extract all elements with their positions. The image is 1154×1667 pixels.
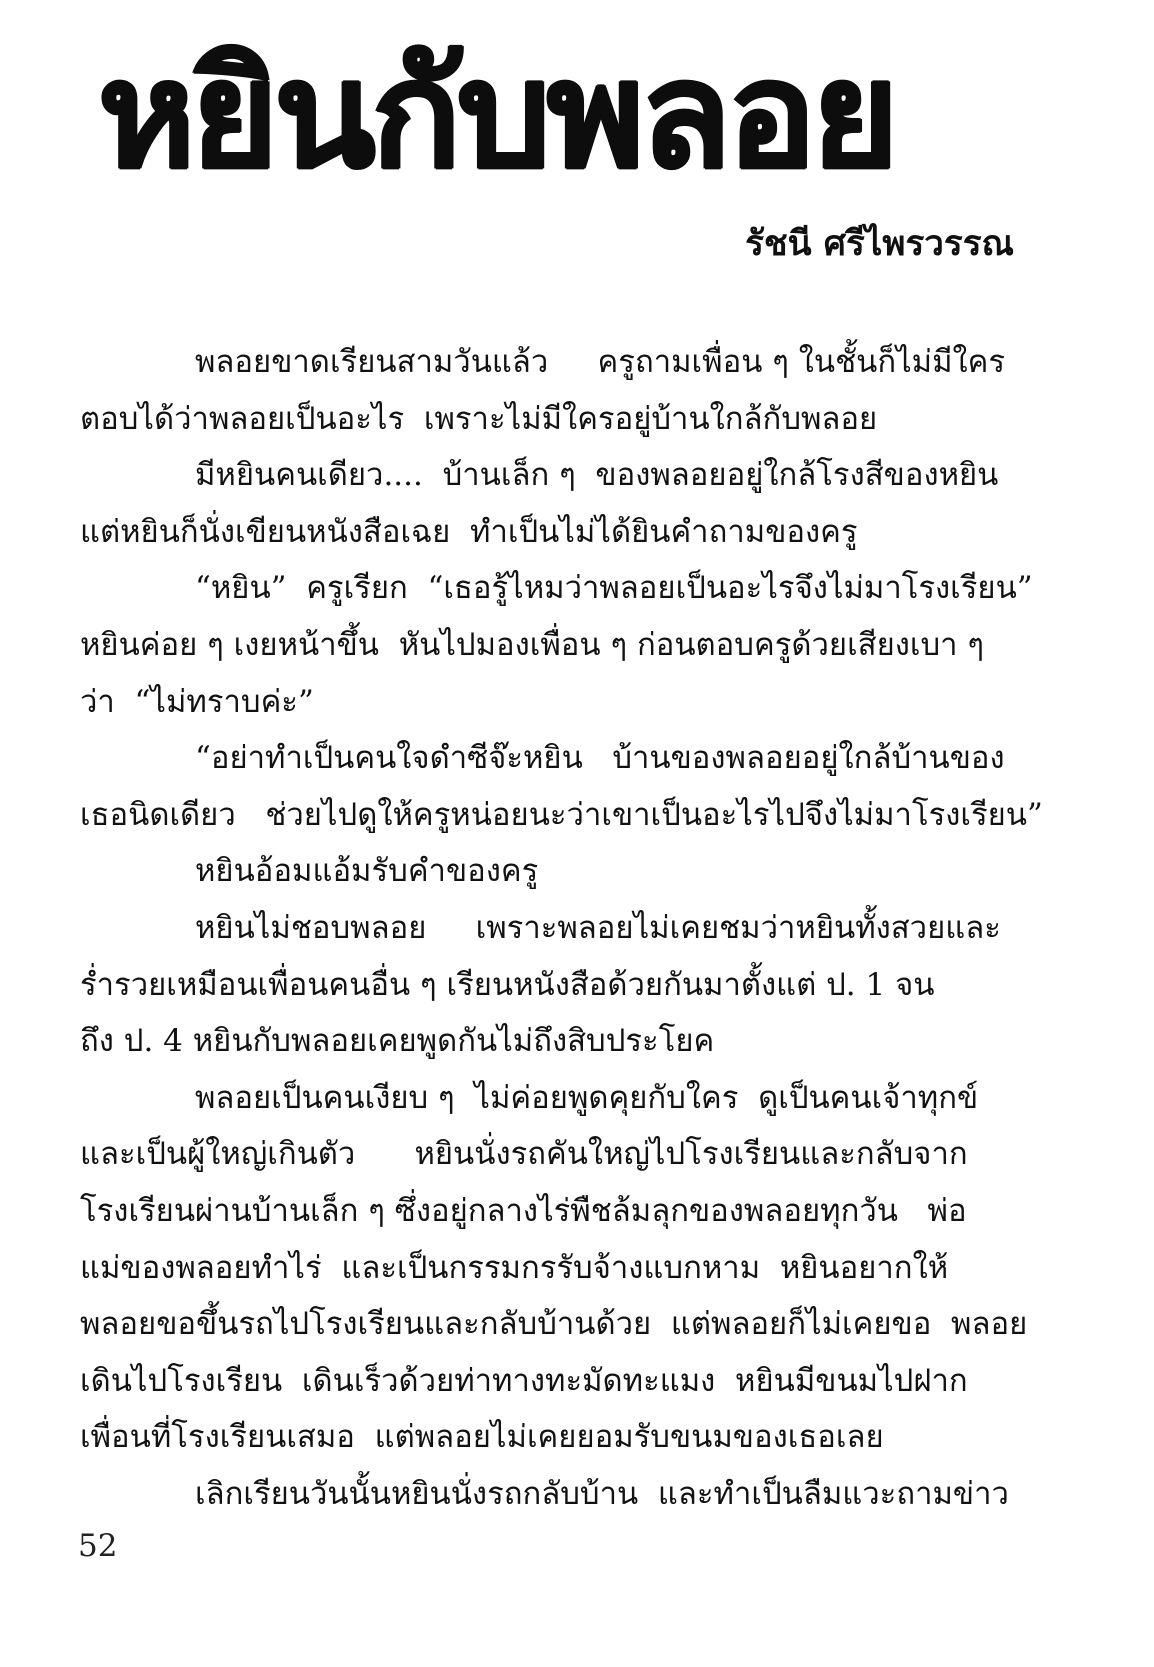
text-line: หยินค่อย ๆ เงยหน้าขึ้น หันไปมองเพื่อน ๆ …	[80, 617, 1010, 674]
author-name: รัชนี ศรีไพรวรรณ	[745, 216, 1014, 271]
text-line: หยินไม่ชอบพลอย เพราะพลอยไม่เคยชมว่าหยินท…	[80, 900, 1010, 957]
text-line: เดินไปโรงเรียน เดินเร็วด้วยท่าทางทะมัดทะ…	[80, 1353, 1010, 1410]
text-line: มีหยินคนเดียว.... บ้านเล็ก ๆ ของพลอยอยู่…	[80, 447, 1010, 504]
text-line: เพื่อนที่โรงเรียนเสมอ แต่พลอยไม่เคยยอมรั…	[80, 1409, 1010, 1466]
text-line: ว่า “ไม่ทราบค่ะ”	[80, 674, 1010, 731]
text-line: และเป็นผู้ใหญ่เกินตัว หยินนั่งรถคันใหญ่ไ…	[80, 1126, 1010, 1183]
page-title: หยินกับพลอย	[98, 30, 1058, 200]
text-line: แต่หยินก็นั่งเขียนหนังสือเฉย ทำเป็นไม่ได…	[80, 504, 1010, 561]
text-line: พลอยขาดเรียนสามวันแล้ว ครูถามเพื่อน ๆ ใน…	[80, 334, 1010, 391]
text-line: เลิกเรียนวันนั้นหยินนั่งรถกลับบ้าน และทำ…	[80, 1466, 1010, 1523]
page-number: 52	[78, 1528, 117, 1564]
text-line: ร่ำรวยเหมือนเพื่อนคนอื่น ๆ เรียนหนังสือด…	[80, 957, 1010, 1014]
text-line: “อย่าทำเป็นคนใจดำซีจ๊ะหยิน บ้านของพลอยอย…	[80, 730, 1010, 787]
text-line: ถึง ป. 4 หยินกับพลอยเคยพูดกันไม่ถึงสิบปร…	[80, 1013, 1010, 1070]
text-line: โรงเรียนผ่านบ้านเล็ก ๆ ซึ่งอยู่กลางไร่พื…	[80, 1183, 1010, 1240]
text-line: แม่ของพลอยทำไร่ และเป็นกรรมกรรับจ้างแบกห…	[80, 1240, 1010, 1297]
text-line: “หยิน” ครูเรียก “เธอรู้ไหมว่าพลอยเป็นอะไ…	[80, 560, 1010, 617]
text-line: พลอยขอขึ้นรถไปโรงเรียนและกลับบ้านด้วย แต…	[80, 1296, 1010, 1353]
text-line: ตอบได้ว่าพลอยเป็นอะไร เพราะไม่มีใครอยู่บ…	[80, 391, 1010, 448]
text-line: หยินอ้อมแอ้มรับคำของครู	[80, 843, 1010, 900]
text-line: เธอนิดเดียว ช่วยไปดูให้ครูหน่อยนะว่าเขาเ…	[80, 787, 1010, 844]
scanned-book-page: หยินกับพลอย รัชนี ศรีไพรวรรณ พลอยขาดเรีย…	[0, 0, 1154, 1667]
text-line: พลอยเป็นคนเงียบ ๆ ไม่ค่อยพูดคุยกับใคร ดู…	[80, 1070, 1010, 1127]
body-text: พลอยขาดเรียนสามวันแล้ว ครูถามเพื่อน ๆ ใน…	[80, 334, 1010, 1522]
